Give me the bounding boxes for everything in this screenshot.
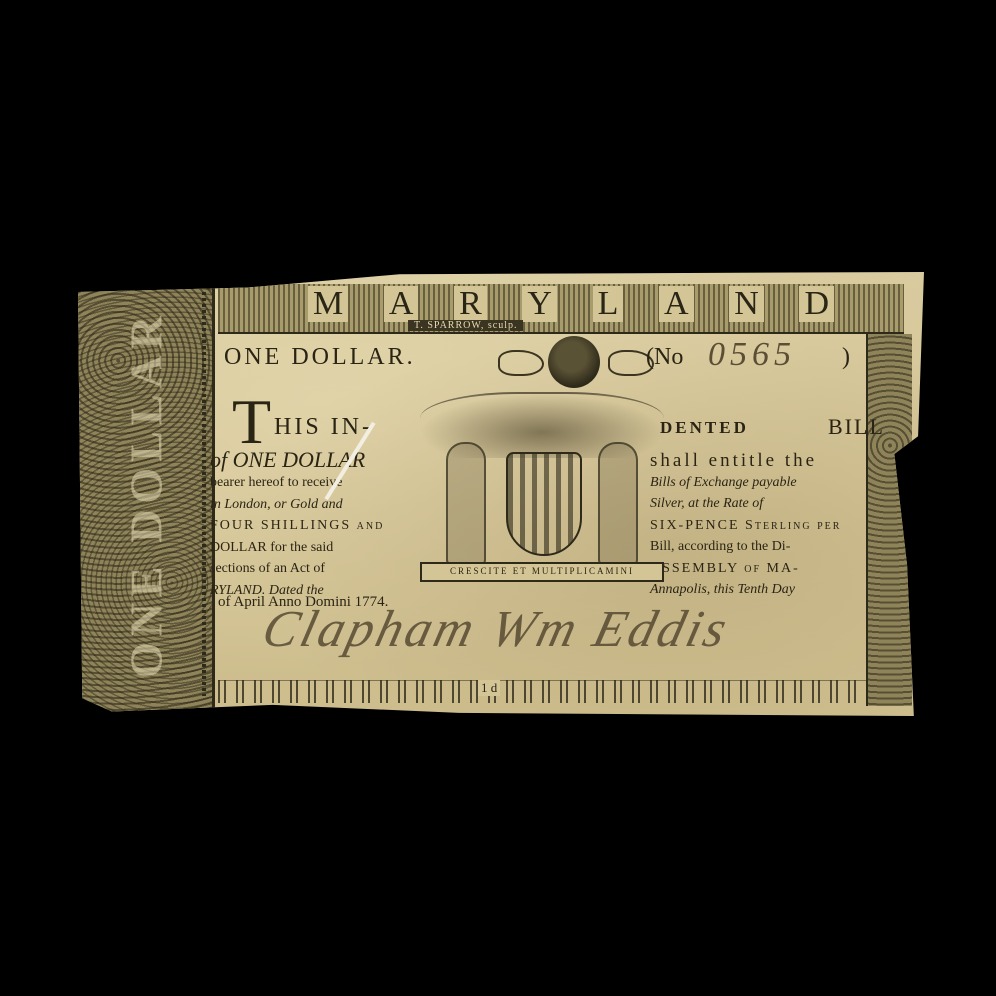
banner-letter: M — [308, 286, 348, 322]
right-line: Silver, at the Rate of — [650, 493, 841, 515]
bottom-ornamental-border — [218, 680, 868, 703]
shield-icon — [506, 452, 582, 556]
supporter-figure-icon — [598, 442, 638, 566]
pointing-hand-icon — [498, 350, 544, 376]
seal-icon — [548, 336, 600, 388]
right-line: SIX-PENCE Sterling per — [650, 515, 841, 537]
coat-of-arms: CRESCITE ET MULTIPLICAMINI — [420, 392, 664, 582]
serial-number: 0565 — [708, 336, 796, 374]
right-line: ASSEMBLY of MA- — [650, 558, 841, 580]
right-line: Bill, according to the Di- — [650, 536, 841, 558]
banner-letter: Y — [522, 286, 557, 322]
side-denomination-text: ONE DOLLAR — [120, 310, 173, 678]
banner-letter: N — [729, 286, 764, 322]
engraver-credit: T. SPARROW, sculp. — [408, 320, 523, 331]
right-ornamental-panel — [866, 334, 912, 706]
top-banner: M A R Y L A N D T. SPARROW, sculp. — [218, 284, 904, 334]
left-ornamental-panel: ONE DOLLAR — [78, 272, 215, 716]
right-line: shall entitle the — [650, 450, 841, 472]
banknote: ONE DOLLAR M A R Y L A N D T. SPARROW, s… — [78, 272, 924, 716]
left-line: bearer hereof to receive — [210, 472, 384, 494]
left-text-column: of ONE DOLLAR bearer hereof to receive i… — [210, 448, 384, 601]
heading-initial: T — [232, 390, 271, 454]
heading-continuation: DENTED — [660, 418, 749, 438]
right-line: Annapolis, this Tenth Day — [650, 579, 841, 601]
heading-bill: BILL — [828, 414, 885, 440]
supporter-figure-icon — [446, 442, 486, 566]
banner-letter: D — [799, 286, 834, 322]
banner-letter: L — [593, 286, 624, 322]
motto-ribbon: CRESCITE ET MULTIPLICAMINI — [420, 562, 664, 582]
left-line: in London, or Gold and — [210, 494, 384, 516]
signatures: Clapham Wm Eddis — [257, 600, 736, 659]
banner-title: M A R Y L A N D — [308, 286, 834, 322]
banner-letter: R — [454, 286, 487, 322]
banner-letter: A — [659, 286, 694, 322]
right-text-column: shall entitle the Bills of Exchange paya… — [650, 450, 841, 601]
right-line: Bills of Exchange payable — [650, 472, 841, 494]
serial-label: (No — [646, 344, 683, 371]
denomination-mark: 1 d — [478, 680, 500, 696]
heading-text: HIS IN- — [274, 414, 373, 441]
serial-close: ) — [842, 344, 850, 371]
left-line: DOLLAR for the said — [210, 537, 384, 559]
left-line: sections of an Act of — [210, 558, 384, 580]
denomination-line: ONE DOLLAR. — [224, 344, 416, 371]
banner-letter: A — [384, 286, 419, 322]
left-line: FOUR SHILLINGS and — [210, 515, 384, 537]
